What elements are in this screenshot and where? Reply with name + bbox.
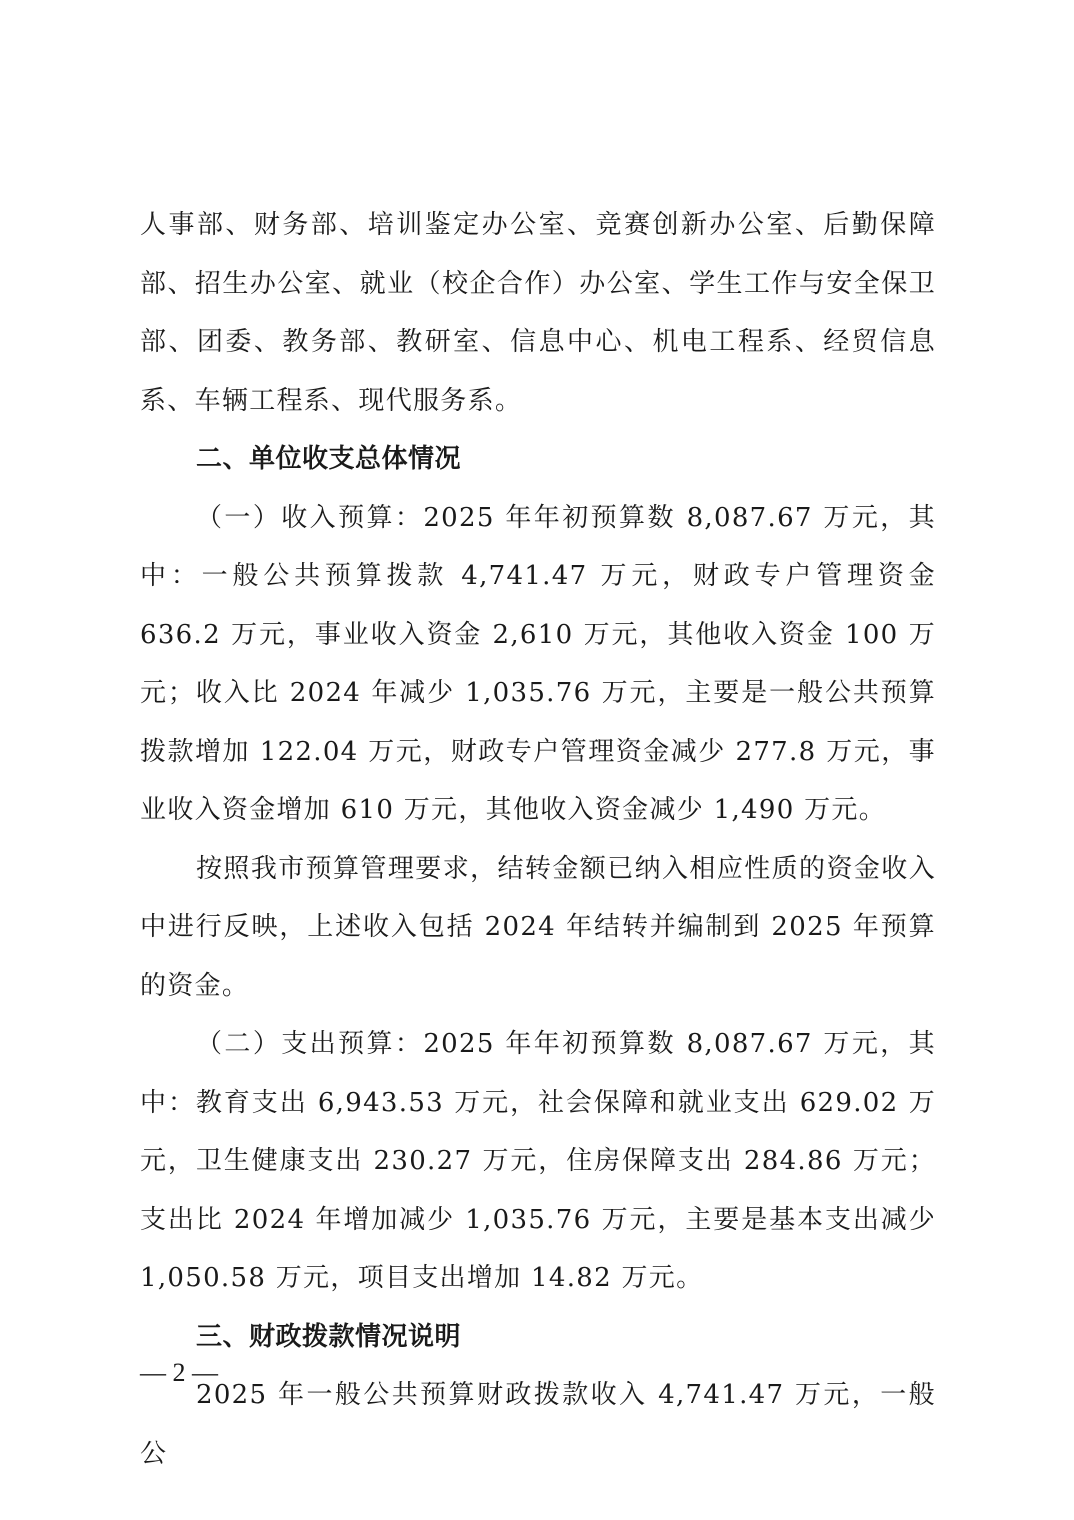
fiscal-appropriation-paragraph: 2025 年一般公共预算财政拨款收入 4,741.47 万元，一般公: [140, 1366, 936, 1483]
section-heading-fiscal-appropriation: 三、财政拨款情况说明: [140, 1308, 936, 1367]
income-budget-paragraph: （一）收入预算：2025 年年初预算数 8,087.67 万元，其中：一般公共预…: [140, 489, 936, 840]
department-list-paragraph: 人事部、财务部、培训鉴定办公室、竞赛创新办公室、后勤保障部、招生办公室、就业（校…: [140, 196, 936, 430]
section-heading-income-expenditure: 二、单位收支总体情况: [140, 430, 936, 489]
carryover-note-paragraph: 按照我市预算管理要求，结转金额已纳入相应性质的资金收入中进行反映，上述收入包括 …: [140, 840, 936, 1016]
page-number: — 2 —: [140, 1358, 218, 1388]
document-page: 人事部、财务部、培训鉴定办公室、竞赛创新办公室、后勤保障部、招生办公室、就业（校…: [140, 196, 936, 1483]
expenditure-budget-paragraph: （二）支出预算：2025 年年初预算数 8,087.67 万元，其中：教育支出 …: [140, 1015, 936, 1308]
